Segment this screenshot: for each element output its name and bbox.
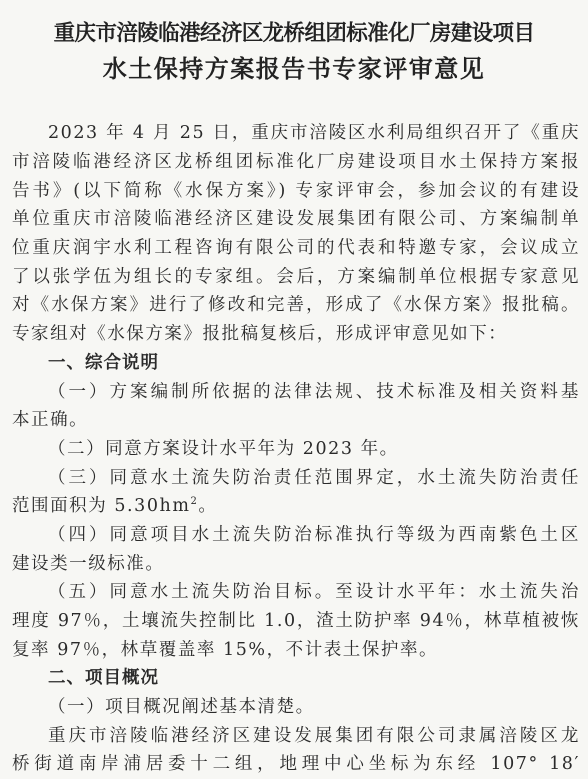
area-suffix: 。 xyxy=(198,496,217,516)
intro-line-7: 对《水保方案》进行了修改和完善，形成了《水保方案》报批稿。 xyxy=(12,294,580,316)
section1-item5-line1: （五）同意水土流失防治目标。至设计水平年：水土流失治 xyxy=(12,581,580,603)
section1-item3-line2: 范围面积为 5.30hm2。 xyxy=(12,495,580,517)
section1-item5-line2: 理度 97％，土壤流失控制比 1.0，渣土防护率 94％，林草植被恢 xyxy=(12,610,580,632)
section1-item1-line1: （一）方案编制所依据的法律法规、技术标准及相关资料基 xyxy=(12,381,580,403)
intro-line-2: 市涪陵临港经济区龙桥组团标准化厂房建设项目水土保持方案报 xyxy=(12,151,580,173)
section1-item5-line3: 复率 97％，林草覆盖率 15%，不计表土保护率。 xyxy=(12,639,580,661)
section1-item1-line2: 本正确。 xyxy=(12,409,580,431)
area-value: 范围面积为 5.30hm xyxy=(12,496,191,516)
intro-line-8: 专家组对《水保方案》报批稿复核后，形成评审意见如下： xyxy=(12,323,580,345)
document-title-line2: 水土保持方案报告书专家评审意见 xyxy=(0,49,588,84)
section1-item3-line1: （三）同意水土流失防治责任范围界定，水土流失防治责任 xyxy=(12,467,580,489)
section1-item4-line2: 建设类一级标准。 xyxy=(12,553,580,575)
section2-para-line2: 桥街道南岸浦居委十二组，地理中心坐标为东经 107° 18′ xyxy=(12,753,580,775)
section1-item2: （二）同意方案设计水平年为 2023 年。 xyxy=(12,438,580,460)
section1-heading: 一、综合说明 xyxy=(12,352,580,374)
document-page: 重庆市涪陵临港经济区龙桥组团标准化厂房建设项目 水土保持方案报告书专家评审意见 … xyxy=(0,0,588,779)
intro-line-3: 告书》(以下简称《水保方案》) 专家评审会，参加会议的有建设 xyxy=(12,180,580,202)
intro-line-6: 了以张学伍为组长的专家组。会后，方案编制单位根据专家意见 xyxy=(12,266,580,288)
section2-item1: （一）项目概况阐述基本清楚。 xyxy=(12,696,580,718)
section2-para-line1: 重庆市涪陵临港经济区建设发展集团有限公司隶属涪陵区龙 xyxy=(12,725,580,747)
section1-item4-line1: （四）同意项目水土流失防治标准执行等级为西南紫色土区 xyxy=(12,524,580,546)
section2-heading: 二、项目概况 xyxy=(12,667,580,689)
intro-line-5: 位重庆润宇水利工程咨询有限公司的代表和特邀专家，会议成立 xyxy=(12,237,580,259)
document-title-line1: 重庆市涪陵临港经济区龙桥组团标准化厂房建设项目 xyxy=(0,16,588,47)
intro-line-1: 2023 年 4 月 25 日，重庆市涪陵区水利局组织召开了《重庆 xyxy=(12,122,580,144)
intro-line-4: 单位重庆市涪陵临港经济区建设发展集团有限公司、方案编制单 xyxy=(12,208,580,230)
